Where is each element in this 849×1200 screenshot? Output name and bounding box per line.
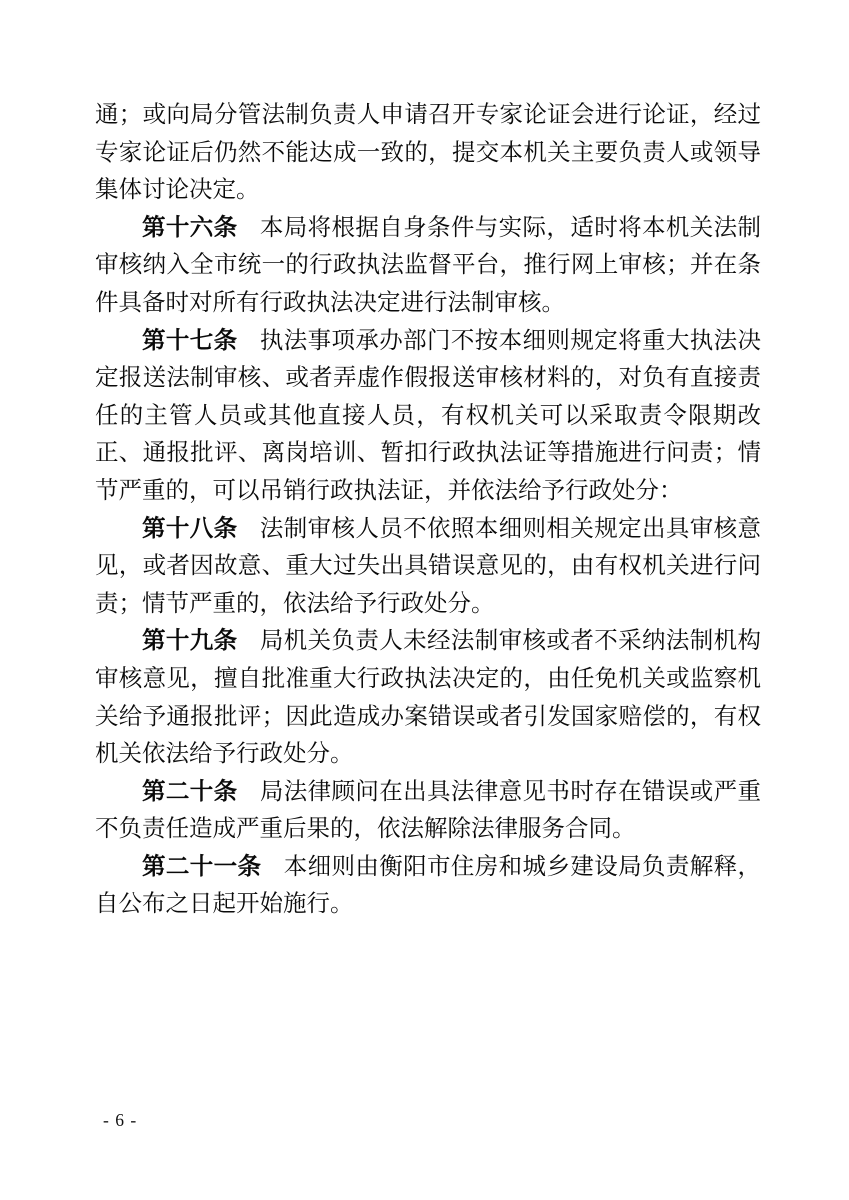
paragraph-article-18: 第十八条法制审核人员不依照本细则相关规定出具审核意见，或者因故意、重大过失出具错… <box>95 511 761 624</box>
paragraph-article-17: 第十七条执法事项承办部门不按本细则规定将重大执法决定报送法制审核、或者弄虚作假报… <box>95 323 761 511</box>
article-term: 第二十一条 <box>142 854 261 880</box>
paragraph-article-16: 第十六条本局将根据自身条件与实际，适时将本机关法制审核纳入全市统一的行政执法监督… <box>95 210 761 323</box>
page-number: - 6 - <box>103 1110 137 1131</box>
paragraph-article-20: 第二十条局法律顾问在出具法律意见书时存在错误或严重不负责任造成严重后果的，依法解… <box>95 774 761 849</box>
document-page: 通；或向局分管法制负责人申请召开专家论证会进行论证，经过专家论证后仍然不能达成一… <box>0 0 849 1200</box>
article-text: 通；或向局分管法制负责人申请召开专家论证会进行论证，经过专家论证后仍然不能达成一… <box>95 102 761 203</box>
article-term: 第十九条 <box>142 628 238 654</box>
article-term: 第十七条 <box>142 328 238 354</box>
article-term: 第二十条 <box>142 779 238 805</box>
article-text: 执法事项承办部门不按本细则规定将重大执法决定报送法制审核、或者弄虚作假报送审核材… <box>95 328 761 504</box>
paragraph-article-19: 第十九条局机关负责人未经法制审核或者不采纳法制机构审核意见，擅自批准重大行政执法… <box>95 623 761 773</box>
paragraph-article-21: 第二十一条本细则由衡阳市住房和城乡建设局负责解释，自公布之日起开始施行。 <box>95 849 761 924</box>
paragraph-continuation: 通；或向局分管法制负责人申请召开专家论证会进行论证，经过专家论证后仍然不能达成一… <box>95 97 761 210</box>
article-term: 第十六条 <box>142 215 238 241</box>
article-term: 第十八条 <box>142 516 238 542</box>
document-body: 通；或向局分管法制负责人申请召开专家论证会进行论证，经过专家论证后仍然不能达成一… <box>95 97 761 924</box>
